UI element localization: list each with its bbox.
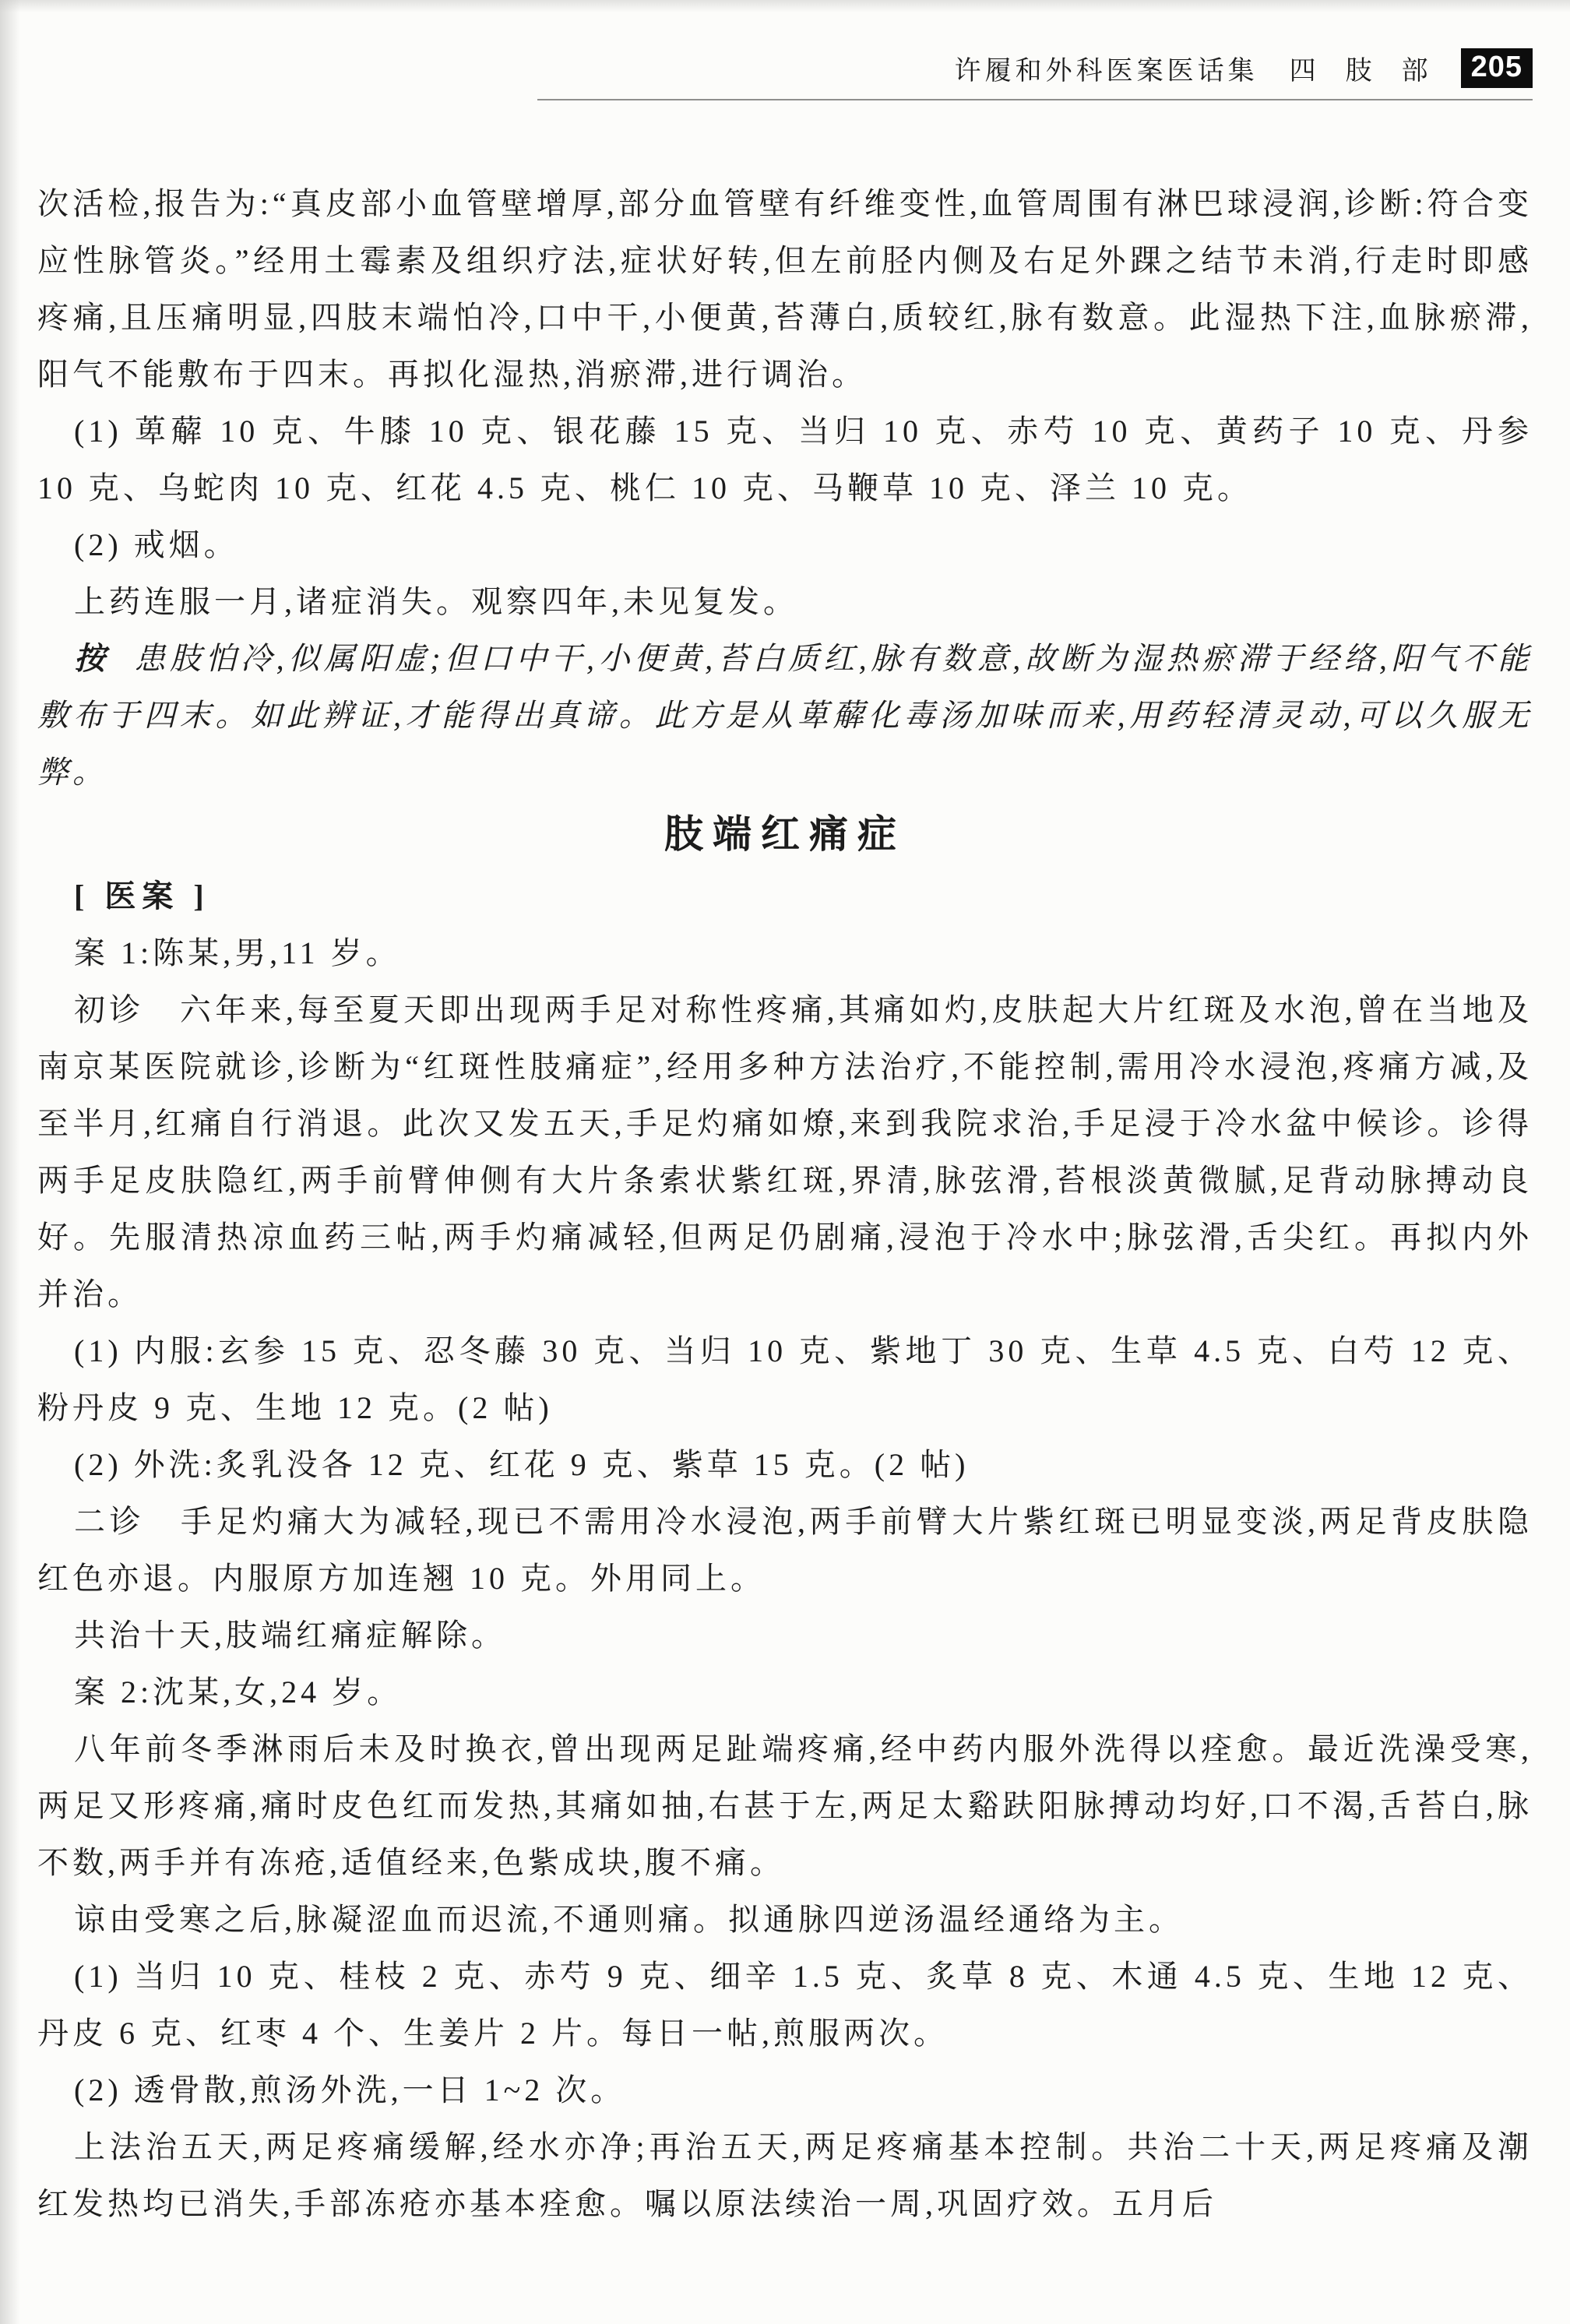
paragraph: 案 1:陈某,男,11 岁。: [37, 924, 1533, 981]
paragraph: 共治十天,肢端红痛症解除。: [37, 1607, 1533, 1664]
paragraph: 八年前冬季淋雨后未及时换衣,曾出现两足趾端疼痛,经中药内服外洗得以痊愈。最近洗澡…: [37, 1720, 1533, 1891]
paragraph: (2) 透骨散,煎汤外洗,一日 1~2 次。: [37, 2062, 1533, 2118]
paragraph: 初诊 六年来,每至夏天即出现两手足对称性疼痛,其痛如灼,皮肤起大片红斑及水泡,曾…: [37, 981, 1533, 1322]
book-page: 许履和外科医案医话集 四 肢 部 205 次活检,报告为:“真皮部小血管壁增厚,…: [0, 0, 1570, 2324]
page-content: 许履和外科医案医话集 四 肢 部 205 次活检,报告为:“真皮部小血管壁增厚,…: [0, 0, 1570, 2232]
section-title: 肢端红痛症: [37, 801, 1533, 868]
paragraph: 次活检,报告为:“真皮部小血管壁增厚,部分血管壁有纤维变性,血管周围有淋巴球浸润…: [37, 175, 1533, 403]
page-body: 次活检,报告为:“真皮部小血管壁增厚,部分血管壁有纤维变性,血管周围有淋巴球浸润…: [37, 100, 1533, 2232]
paragraph: 按患肢怕冷,似属阳虚;但口中干,小便黄,苔白质红,脉有数意,故断为湿热瘀滞于经络…: [37, 630, 1533, 801]
subsection-heading: [ 医案 ]: [37, 868, 1533, 924]
paragraph: (1) 萆薢 10 克、牛膝 10 克、银花藤 15 克、当归 10 克、赤芍 …: [37, 403, 1533, 516]
paragraph: (2) 戒烟。: [37, 516, 1533, 573]
paragraph: 案 2:沈某,女,24 岁。: [37, 1664, 1533, 1720]
note-label: 按: [74, 641, 110, 676]
page-number-badge: 205: [1461, 48, 1533, 88]
paragraph: 二诊 手足灼痛大为减轻,现已不需用冷水浸泡,两手前臂大片紫红斑已明显变淡,两足背…: [37, 1493, 1533, 1607]
book-title: 许履和外科医案医话集: [955, 49, 1258, 87]
paragraph: 上法治五天,两足疼痛缓解,经水亦净;再治五天,两足疼痛基本控制。共治二十天,两足…: [37, 2118, 1533, 2232]
note-text: 患肢怕冷,似属阳虚;但口中干,小便黄,苔白质红,脉有数意,故断为湿热瘀滞于经络,…: [37, 641, 1533, 790]
paragraph: (2) 外洗:炙乳没各 12 克、红花 9 克、紫草 15 克。(2 帖): [37, 1436, 1533, 1493]
paragraph: 谅由受寒之后,脉凝涩血而迟流,不通则痛。拟通脉四逆汤温经通络为主。: [37, 1891, 1533, 1948]
paragraph: 上药连服一月,诸症消失。观察四年,未见复发。: [37, 573, 1533, 630]
section-label: 四 肢 部: [1290, 49, 1430, 87]
running-header: 许履和外科医案医话集 四 肢 部 205: [537, 0, 1533, 100]
paragraph: (1) 内服:玄参 15 克、忍冬藤 30 克、当归 10 克、紫地丁 30 克…: [37, 1322, 1533, 1436]
paragraph: (1) 当归 10 克、桂枝 2 克、赤芍 9 克、细辛 1.5 克、炙草 8 …: [37, 1948, 1533, 2062]
